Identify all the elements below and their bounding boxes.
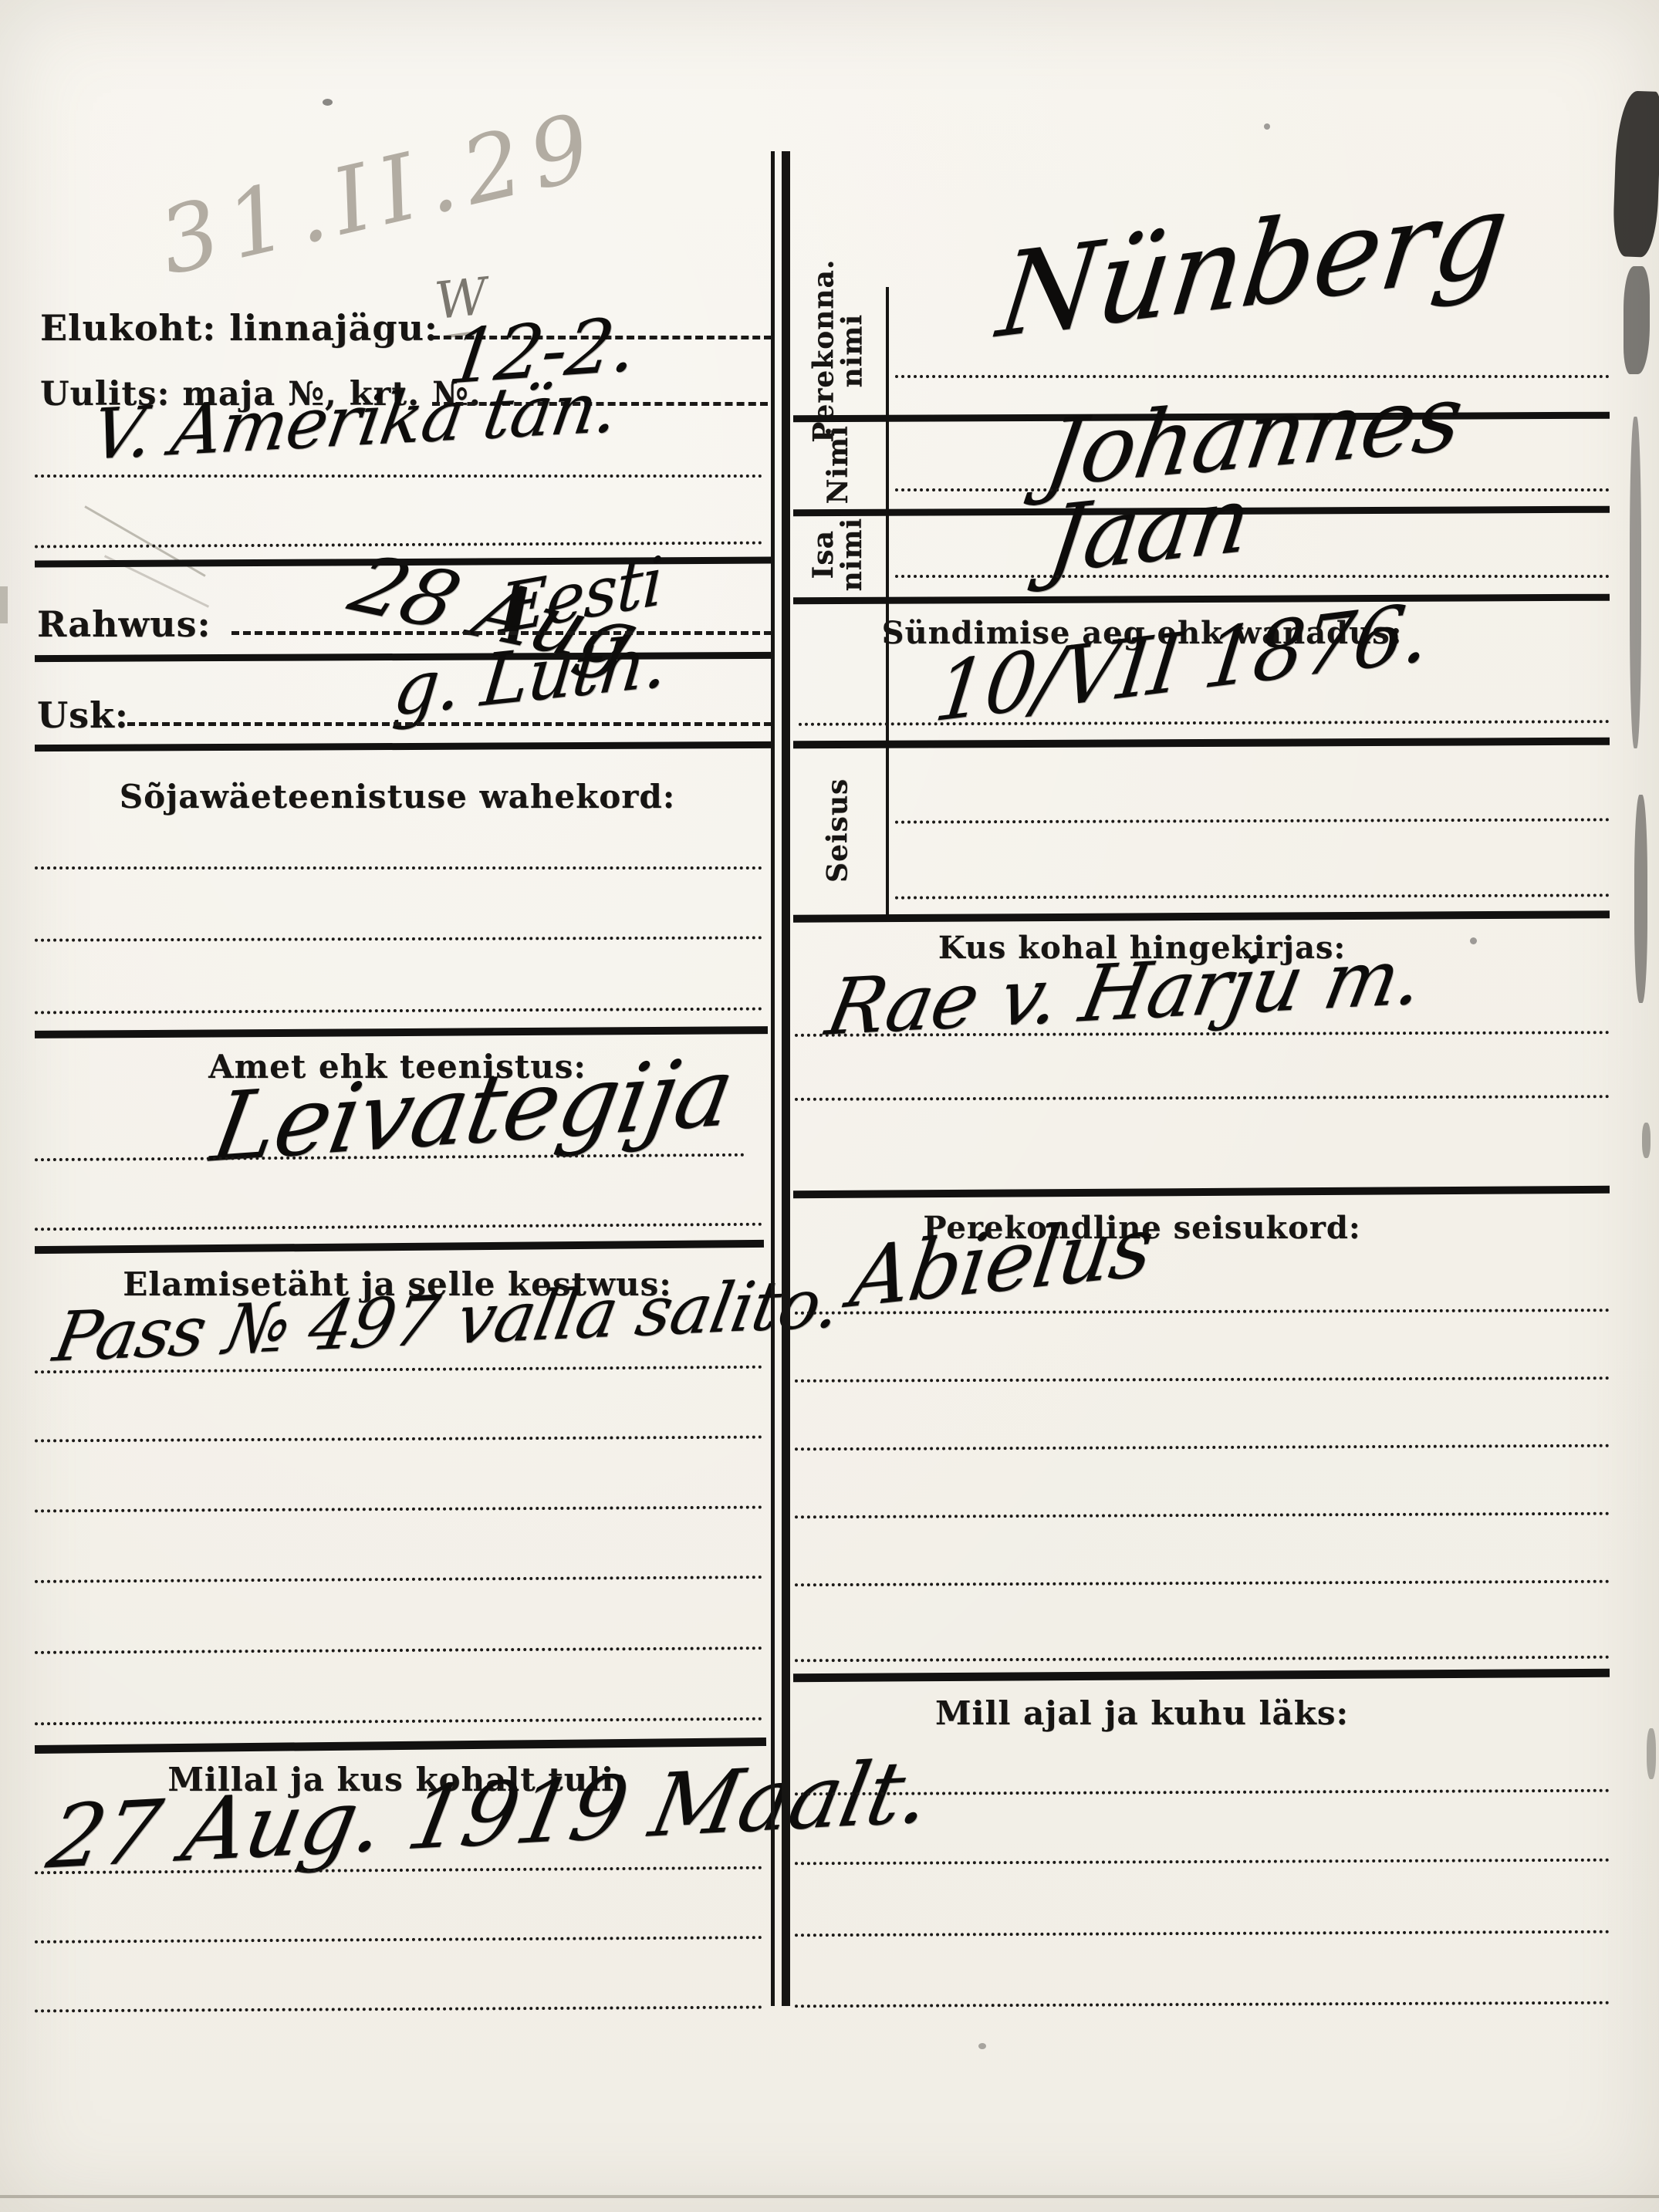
paper-bottom-edge (0, 2195, 1659, 2198)
column-divider-thick (782, 151, 790, 2006)
firstname-label: Nimi (790, 420, 886, 508)
paper-left-edge-mark (0, 586, 8, 623)
blank-line (35, 866, 762, 870)
blank-line (795, 1930, 1610, 1937)
nationality-label: Rahwus: (37, 603, 211, 645)
blank-line (795, 1859, 1610, 1866)
paper-speck (978, 2043, 986, 2049)
birth-date-line (799, 720, 1610, 726)
status-line (895, 818, 1610, 823)
status-line (895, 893, 1610, 899)
scan-edge-artifact (1612, 90, 1659, 258)
scan-edge-artifact (1630, 417, 1641, 748)
section-rule (35, 741, 772, 751)
blank-line (35, 1717, 762, 1726)
street-name-line (35, 474, 762, 478)
paper-speck (1470, 937, 1477, 944)
religion-line (127, 722, 772, 726)
pencil-date-note: 31.II.29 (150, 91, 610, 295)
surname-value: Nünberg (992, 167, 1515, 364)
scan-edge-artifact (1647, 1728, 1656, 1779)
row-rule (793, 738, 1610, 749)
nationality-line (231, 631, 772, 635)
blank-line (35, 936, 762, 941)
father-name-label: Isa nimi (790, 512, 886, 597)
military-service-label: Sõjawäeteenistuse wahekord: (31, 778, 764, 816)
blank-line (35, 1223, 762, 1231)
scan-edge-artifact (1624, 266, 1650, 374)
row-rule (793, 910, 1610, 923)
blank-line (35, 2006, 762, 2013)
status-label: Seisus (790, 747, 886, 914)
paper-speck (1264, 123, 1270, 130)
blank-line (795, 1444, 1610, 1451)
blank-line (35, 1436, 762, 1443)
scan-edge-artifact (1642, 1123, 1651, 1158)
blank-line (795, 1580, 1610, 1587)
section-rule (793, 1186, 1610, 1198)
paper-speck (323, 99, 333, 106)
column-divider-thin (771, 151, 775, 2006)
departure-label: Mill ajal ja kuhu läks: (795, 1694, 1489, 1732)
surname-line (895, 375, 1610, 378)
father-name-line (895, 575, 1610, 578)
blank-line (35, 1506, 762, 1513)
row-rule (793, 594, 1610, 605)
blank-line (795, 1095, 1610, 1101)
blank-line (35, 1936, 762, 1944)
residence-district-label: Elukoht: linnajägu: (40, 307, 438, 349)
blank-line (795, 1512, 1610, 1519)
blank-line (35, 1646, 762, 1654)
blank-line (795, 2001, 1610, 2008)
section-rule (35, 1738, 766, 1754)
scan-edge-artifact (1634, 795, 1647, 1003)
surname-label: Perekonna. nimi (790, 287, 886, 415)
birth-date-value: 10/VII 1876. (930, 584, 1434, 741)
registration-card-scan: 31.II.29 W 28 Aug Elukoht: linnajägu: Uu… (0, 0, 1659, 2212)
blank-line (795, 1376, 1610, 1383)
section-rule (35, 1026, 768, 1038)
section-rule (35, 1240, 764, 1254)
blank-line (35, 1575, 762, 1583)
section-rule (793, 1669, 1610, 1682)
religion-label: Usk: (37, 694, 129, 736)
blank-line (795, 1656, 1610, 1663)
blank-line (35, 1008, 762, 1015)
